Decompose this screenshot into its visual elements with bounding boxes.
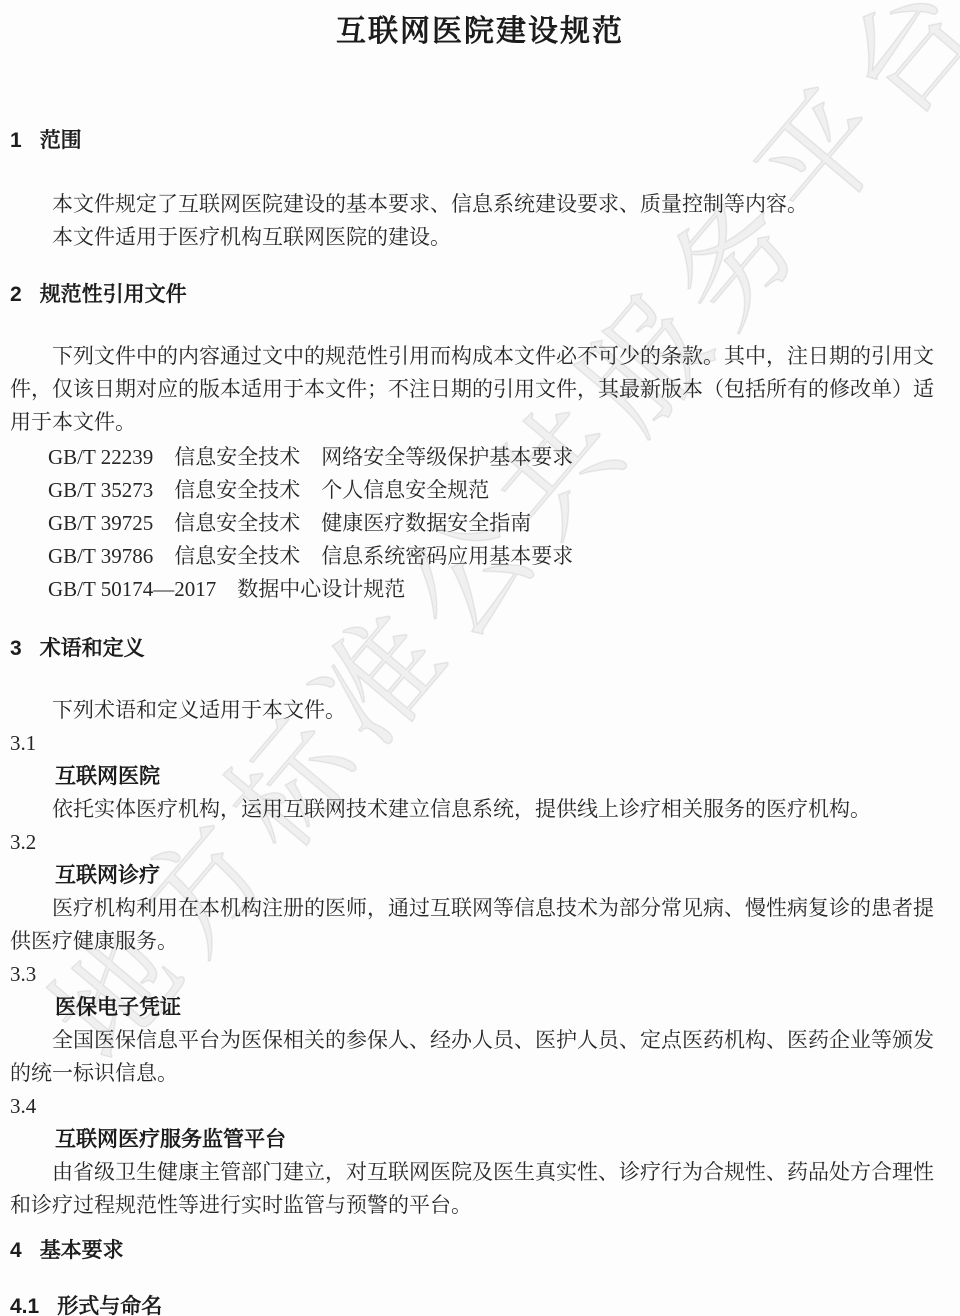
paragraph: 下列文件中的内容通过文中的规范性引用而构成本文件必不可少的条款。其中，注日期的引… bbox=[10, 340, 950, 439]
document-page: 地方标准公共服务平台 互联网医院建设规范 1范围 本文件规定了互联网医院建设的基… bbox=[0, 0, 960, 1316]
term-definition: 由省级卫生健康主管部门建立，对互联网医院及医生真实性、诊疗行为合规性、药品处方合… bbox=[10, 1156, 950, 1222]
page-title: 互联网医院建设规范 bbox=[10, 6, 950, 50]
section-number: 4 bbox=[10, 1238, 22, 1264]
section-heading-terms-definitions: 3术语和定义 bbox=[10, 636, 950, 662]
term-number: 3.1 bbox=[10, 727, 950, 760]
section-number: 4.1 bbox=[10, 1294, 39, 1316]
term-number: 3.2 bbox=[10, 826, 950, 859]
section-heading-basic-requirements: 4基本要求 bbox=[10, 1238, 950, 1264]
section-heading-normative-references: 2规范性引用文件 bbox=[10, 282, 950, 308]
section-title: 规范性引用文件 bbox=[40, 283, 187, 306]
section-number: 1 bbox=[10, 128, 22, 154]
term-block: 3.3 医保电子凭证 全国医保信息平台为医保相关的参保人、经办人员、医护人员、定… bbox=[10, 958, 950, 1090]
section-title: 基本要求 bbox=[40, 1239, 124, 1262]
term-name: 互联网诊疗 bbox=[10, 859, 950, 892]
term-number: 3.3 bbox=[10, 958, 950, 991]
section-number: 3 bbox=[10, 636, 22, 662]
section-title: 形式与命名 bbox=[57, 1295, 162, 1316]
section-title: 范围 bbox=[40, 129, 82, 152]
paragraph: 下列术语和定义适用于本文件。 bbox=[10, 694, 950, 727]
term-name: 医保电子凭证 bbox=[10, 991, 950, 1024]
term-name: 互联网医院 bbox=[10, 760, 950, 793]
section-heading-form-and-naming: 4.1形式与命名 bbox=[10, 1294, 950, 1316]
section-number: 2 bbox=[10, 282, 22, 308]
section-title: 术语和定义 bbox=[40, 637, 145, 660]
paragraph: 本文件规定了互联网医院建设的基本要求、信息系统建设要求、质量控制等内容。 bbox=[10, 188, 950, 221]
reference-item: GB/T 50174—2017 数据中心设计规范 bbox=[10, 573, 950, 606]
reference-item: GB/T 39725 信息安全技术 健康医疗数据安全指南 bbox=[10, 507, 950, 540]
term-number: 3.4 bbox=[10, 1090, 950, 1123]
term-block: 3.2 互联网诊疗 医疗机构利用在本机构注册的医师，通过互联网等信息技术为部分常… bbox=[10, 826, 950, 958]
term-block: 3.4 互联网医疗服务监管平台 由省级卫生健康主管部门建立，对互联网医院及医生真… bbox=[10, 1090, 950, 1222]
section-heading-scope: 1范围 bbox=[10, 128, 950, 154]
references-list: GB/T 22239 信息安全技术 网络安全等级保护基本要求 GB/T 3527… bbox=[10, 441, 950, 606]
paragraph: 本文件适用于医疗机构互联网医院的建设。 bbox=[10, 221, 950, 254]
reference-item: GB/T 39786 信息安全技术 信息系统密码应用基本要求 bbox=[10, 540, 950, 573]
document-content: 互联网医院建设规范 1范围 本文件规定了互联网医院建设的基本要求、信息系统建设要… bbox=[0, 0, 960, 1316]
term-name: 互联网医疗服务监管平台 bbox=[10, 1123, 950, 1156]
term-definition: 全国医保信息平台为医保相关的参保人、经办人员、医护人员、定点医药机构、医药企业等… bbox=[10, 1024, 950, 1090]
term-definition: 依托实体医疗机构，运用互联网技术建立信息系统，提供线上诊疗相关服务的医疗机构。 bbox=[10, 793, 950, 826]
term-definition: 医疗机构利用在本机构注册的医师，通过互联网等信息技术为部分常见病、慢性病复诊的患… bbox=[10, 892, 950, 958]
term-block: 3.1 互联网医院 依托实体医疗机构，运用互联网技术建立信息系统，提供线上诊疗相… bbox=[10, 727, 950, 826]
reference-item: GB/T 35273 信息安全技术 个人信息安全规范 bbox=[10, 474, 950, 507]
reference-item: GB/T 22239 信息安全技术 网络安全等级保护基本要求 bbox=[10, 441, 950, 474]
